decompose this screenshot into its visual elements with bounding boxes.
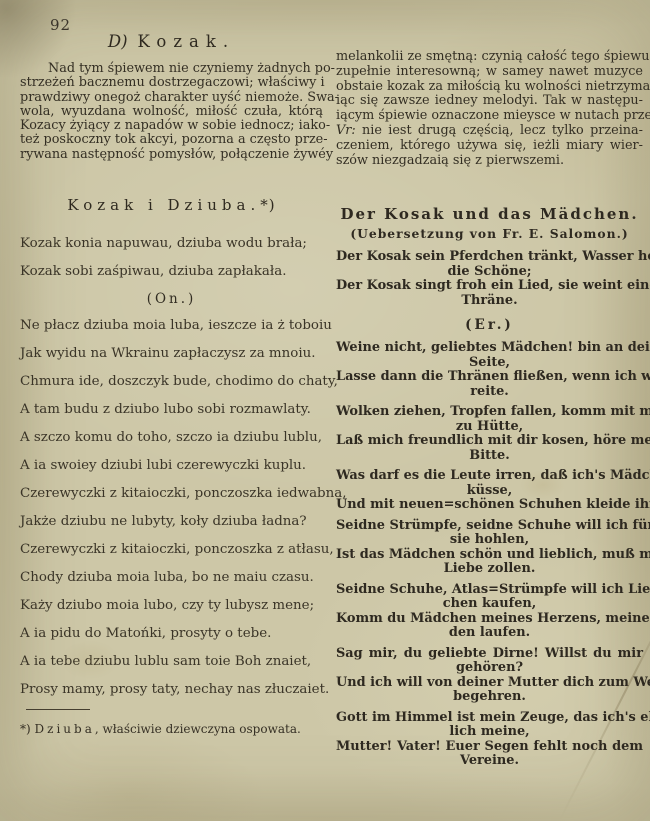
text-line: czeniem, którego używa się, ieżli miary …	[336, 139, 643, 154]
verse-continuation: Liebe zollen.	[336, 562, 643, 577]
verse-continuation: zu Hütte,	[336, 420, 643, 435]
polish-poem-title-text: Kozak i Dziuba.	[67, 196, 260, 214]
verse-line: Chmura ide, doszczyk bude, chodimo do ch…	[20, 373, 323, 390]
stanza: Seidne Schuhe, Atlas=Strümpfe will ich L…	[336, 583, 643, 641]
verse-line: Kozak sobi zaśpiwau, dziuba zapłakała.	[20, 263, 323, 280]
scanned-book-page: 92 D)Kozak. Nad tym śpiewem nie czyniemy…	[0, 0, 650, 821]
text-line: Vr: nie iest drugą częścią, lecz tylko p…	[336, 124, 643, 139]
footnote-reference-mark: *)	[260, 196, 275, 214]
verse-line: Sag mir, du geliebte Dirne! Willst du mi…	[336, 647, 643, 662]
verse-line: Und ich will von deiner Mutter dich zum …	[336, 676, 643, 691]
section-heading-title: Kozak.	[138, 32, 236, 51]
verse-continuation: lich meine,	[336, 725, 643, 740]
footnote-term: Dziuba	[35, 722, 95, 736]
verse-continuation: Bitte.	[336, 449, 643, 464]
verse-line: Laß mich freundlich mit dir kosen, höre …	[336, 434, 643, 449]
stanza: Wolken ziehen, Tropfen fallen, komm mit …	[336, 405, 643, 463]
couplet: A szczo komu do toho, szczo ia dziubu lu…	[20, 429, 323, 474]
verse-line: Ne płacz dziuba moia luba, ieszcze ia ż …	[20, 317, 323, 334]
verse-line: Der Kosak singt froh ein Lied, sie weint…	[336, 279, 643, 294]
text-line: rywana następność pomysłów, połączenie ż…	[20, 148, 323, 162]
verse-line: Wolken ziehen, Tropfen fallen, komm mit …	[336, 405, 643, 420]
polish-opening-couplet: Kozak konia napuwau, dziuba wodu brała; …	[20, 235, 323, 280]
couplet: A ia tebe dziubu lublu sam toie Boh znai…	[20, 653, 323, 698]
verse-line: Ist das Mädchen schön und lieblich, muß …	[336, 548, 643, 563]
verse-line: Czerewyczki z kitaioczki, ponczoszka z a…	[20, 541, 323, 558]
text-line: strzeżeń bacznemu dostrzegaczowi; właści…	[20, 76, 323, 90]
verse-continuation: die Schöne;	[336, 265, 643, 280]
verse-line: Czerewyczki z kitaioczki, ponczoszka ied…	[20, 485, 323, 502]
verse-line: Gott im Himmel ist mein Zeuge, das ich's…	[336, 711, 643, 726]
verse-continuation: reite.	[336, 385, 643, 400]
text-line: szów niezgadzaią się z pierwszemi.	[336, 154, 643, 169]
speaker-label-er: (Er.)	[336, 317, 643, 333]
verse-continuation: chen kaufen,	[336, 597, 643, 612]
verse-continuation: Thräne.	[336, 294, 643, 309]
german-poem-title: Der Kosak und das Mädchen.	[336, 205, 643, 223]
polish-verses: Ne płacz dziuba moia luba, ieszcze ia ż …	[20, 317, 323, 698]
couplet: Chmura ide, doszczyk bude, chodimo do ch…	[20, 373, 323, 418]
footnote-marker: *)	[20, 722, 31, 736]
verse-line: Weine nicht, geliebtes Mädchen! bin an d…	[336, 341, 643, 356]
text-line: melankolii ze smętną: czynią całość tego…	[336, 50, 643, 65]
stanza: Weine nicht, geliebtes Mädchen! bin an d…	[336, 341, 643, 399]
couplet: Czerewyczki z kitaioczki, ponczoszka ied…	[20, 485, 323, 530]
footnote: *) Dziuba, właściwie dziewczyna ospowata…	[20, 722, 323, 736]
speaker-label-on: (On.)	[20, 291, 323, 307]
verse-line: Jak wyidu na Wkrainu zapłaczysz za mnoiu…	[20, 345, 323, 362]
verse-continuation: küsse,	[336, 484, 643, 499]
verse-line: A ia swoiey dziubi lubi czerewyczki kupl…	[20, 457, 323, 474]
right-column: melankolii ze smętną: czynią całość tego…	[336, 50, 643, 775]
verse-line: A szczo komu do toho, szczo ia dziubu lu…	[20, 429, 323, 446]
verse-continuation: gehören?	[336, 661, 643, 676]
verse-line: A ia pidu do Matońki, prosyty o tebe.	[20, 625, 323, 642]
verse-line: Każy dziubo moia lubo, czy ty lubysz men…	[20, 597, 323, 614]
polish-poem-title: Kozak i Dziuba.*)	[20, 196, 323, 214]
section-heading-prefix: D)	[108, 32, 128, 51]
verse-line: A tam budu z dziubo lubo sobi rozmawlaty…	[20, 401, 323, 418]
text-line: iącym śpiewie oznaczone mieysce w nutach…	[336, 109, 643, 124]
text-line: Nad tym śpiewem nie czyniemy żadnych po-	[20, 62, 323, 76]
left-column: D)Kozak. Nad tym śpiewem nie czyniemy ża…	[20, 28, 323, 736]
verse-continuation: Seite,	[336, 356, 643, 371]
verse-line: Was darf es die Leute irren, daß ich's M…	[336, 469, 643, 484]
verse-line: Lasse dann die Thränen fließen, wenn ich…	[336, 370, 643, 385]
verse-continuation: begehren.	[336, 690, 643, 705]
verse-line: Seidne Schuhe, Atlas=Strümpfe will ich L…	[336, 583, 643, 598]
verse-line: Komm du Mädchen meines Herzens, meine St…	[336, 612, 643, 627]
stanza: Seidne Strümpfe, seidne Schuhe will ich …	[336, 519, 643, 577]
text-line: zupełnie interesowną; w samey nawet muzy…	[336, 65, 643, 80]
text-line: prawdziwy onegoż charakter uyść niemoże.…	[20, 91, 323, 105]
stanza: Was darf es die Leute irren, daß ich's M…	[336, 469, 643, 513]
text-line: wola, wyuzdana wolność, miłość czuła, kt…	[20, 105, 323, 119]
couplet: Czerewyczki z kitaioczki, ponczoszka z a…	[20, 541, 323, 586]
couplet: Każy dziubo moia lubo, czy ty lubysz men…	[20, 597, 323, 642]
text-line: Kozacy żyiący z napadów w sobie iednocz;…	[20, 119, 323, 133]
verse-line: Chody dziuba moia luba, bo ne maiu czasu…	[20, 569, 323, 586]
stanza: Sag mir, du geliebte Dirne! Willst du mi…	[336, 647, 643, 705]
text-line: obstaie kozak za miłością ku wolności ni…	[336, 80, 643, 95]
vr-abbreviation: Vr:	[336, 123, 356, 138]
verse-continuation: den laufen.	[336, 626, 643, 641]
left-intro-paragraph: Nad tym śpiewem nie czyniemy żadnych po-…	[20, 62, 323, 162]
verse-continuation: Vereine.	[336, 754, 643, 769]
text-line: iąc się zawsze iedney melodyi. Tak w nas…	[336, 94, 643, 109]
verse-line: Und mit neuen=schönen Schuhen kleide ihr…	[336, 498, 643, 513]
couplet: Ne płacz dziuba moia luba, ieszcze ia ż …	[20, 317, 323, 362]
verse-continuation: sie hohlen,	[336, 533, 643, 548]
right-intro-paragraph: melankolii ze smętną: czynią całość tego…	[336, 50, 643, 168]
text-line: też poskoczny tok akcyi, pozorna a częst…	[20, 133, 323, 147]
verse-line: Seidne Strümpfe, seidne Schuhe will ich …	[336, 519, 643, 534]
verse-line: Kozak konia napuwau, dziuba wodu brała;	[20, 235, 323, 252]
stanza: Gott im Himmel ist mein Zeuge, das ich's…	[336, 711, 643, 769]
section-heading: D)Kozak.	[20, 32, 323, 51]
footnote-text: , właściwie dziewczyna ospowata.	[95, 722, 301, 736]
verse-line: Der Kosak sein Pferdchen tränkt, Wasser …	[336, 250, 643, 265]
verse-line: Jakże dziubu ne lubyty, koły dziuba ładn…	[20, 513, 323, 530]
verse-line: A ia tebe dziubu lublu sam toie Boh znai…	[20, 653, 323, 670]
german-poem-subtitle: (Uebersetzung von Fr. E. Salomon.)	[336, 226, 643, 241]
german-verses: Der Kosak sein Pferdchen tränkt, Wasser …	[336, 250, 643, 769]
footnote-rule	[26, 709, 90, 710]
stanza: Der Kosak sein Pferdchen tränkt, Wasser …	[336, 250, 643, 308]
vr-line-rest: nie iest drugą częścią, lecz tylko przei…	[362, 123, 643, 138]
verse-line: Prosy mamy, prosy taty, nechay nas złucz…	[20, 681, 323, 698]
